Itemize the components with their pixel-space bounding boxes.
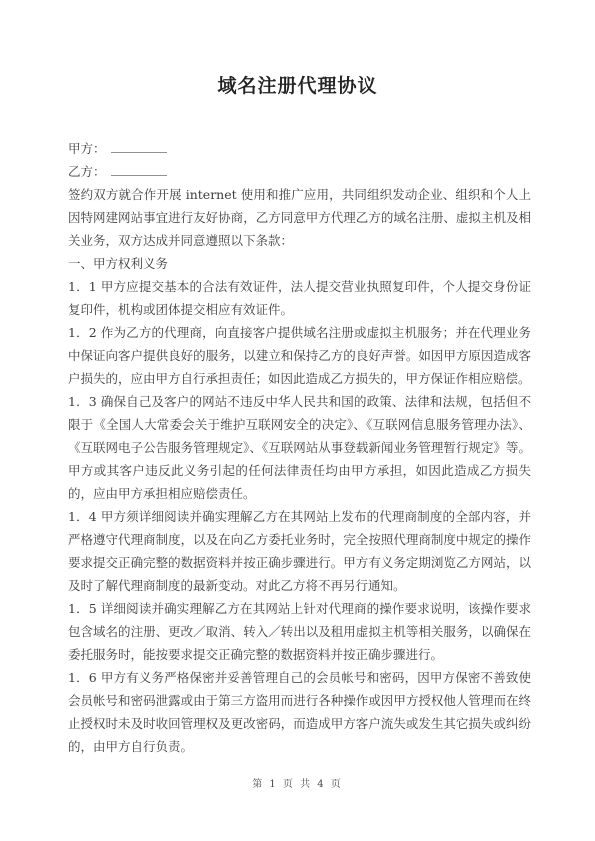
clause-1-4: 1．4 甲方须详细阅读并确实理解乙方在其网站上发布的代理商制度的全部内容，并严格… [68, 505, 531, 597]
party-a-line: 甲方： [68, 137, 531, 160]
party-a-blank-field[interactable] [111, 139, 167, 153]
document-title: 域名注册代理协议 [0, 0, 595, 100]
party-b-label: 乙方： [68, 164, 106, 179]
clause-1-6: 1．6 甲方有义务严格保密并妥善管理自己的会员帐号和密码，因甲方保密不善致使会员… [68, 666, 531, 758]
party-b-line: 乙方： [68, 160, 531, 183]
clause-1-1: 1．1 甲方应提交基本的合法有效证件，法人提交营业执照复印件，个人提交身份证复印… [68, 275, 531, 321]
document-body: 甲方： 乙方： 签约双方就合作开展 internet 使用和推广应用，共同组织发… [0, 137, 595, 758]
document-page: 域名注册代理协议 甲方： 乙方： 签约双方就合作开展 internet 使用和推… [0, 0, 595, 841]
page-number: 第 1 页 共 4 页 [0, 775, 595, 790]
party-b-blank-field[interactable] [111, 162, 167, 176]
clause-1-2: 1．2 作为乙方的代理商，向直接客户提供域名注册或虚拟主机服务；并在代理业务中保… [68, 321, 531, 390]
clause-1-3: 1．3 确保自己及客户的网站不违反中华人民共和国的政策、法律和法规，包括但不限于… [68, 390, 531, 505]
preamble-paragraph: 签约双方就合作开展 internet 使用和推广应用，共同组织发动企业、组织和个… [68, 183, 531, 252]
clause-1-5: 1．5 详细阅读并确实理解乙方在其网站上针对代理商的操作要求说明，该操作要求包含… [68, 597, 531, 666]
party-a-label: 甲方： [68, 141, 106, 156]
section-1-heading: 一、甲方权利义务 [68, 252, 531, 275]
